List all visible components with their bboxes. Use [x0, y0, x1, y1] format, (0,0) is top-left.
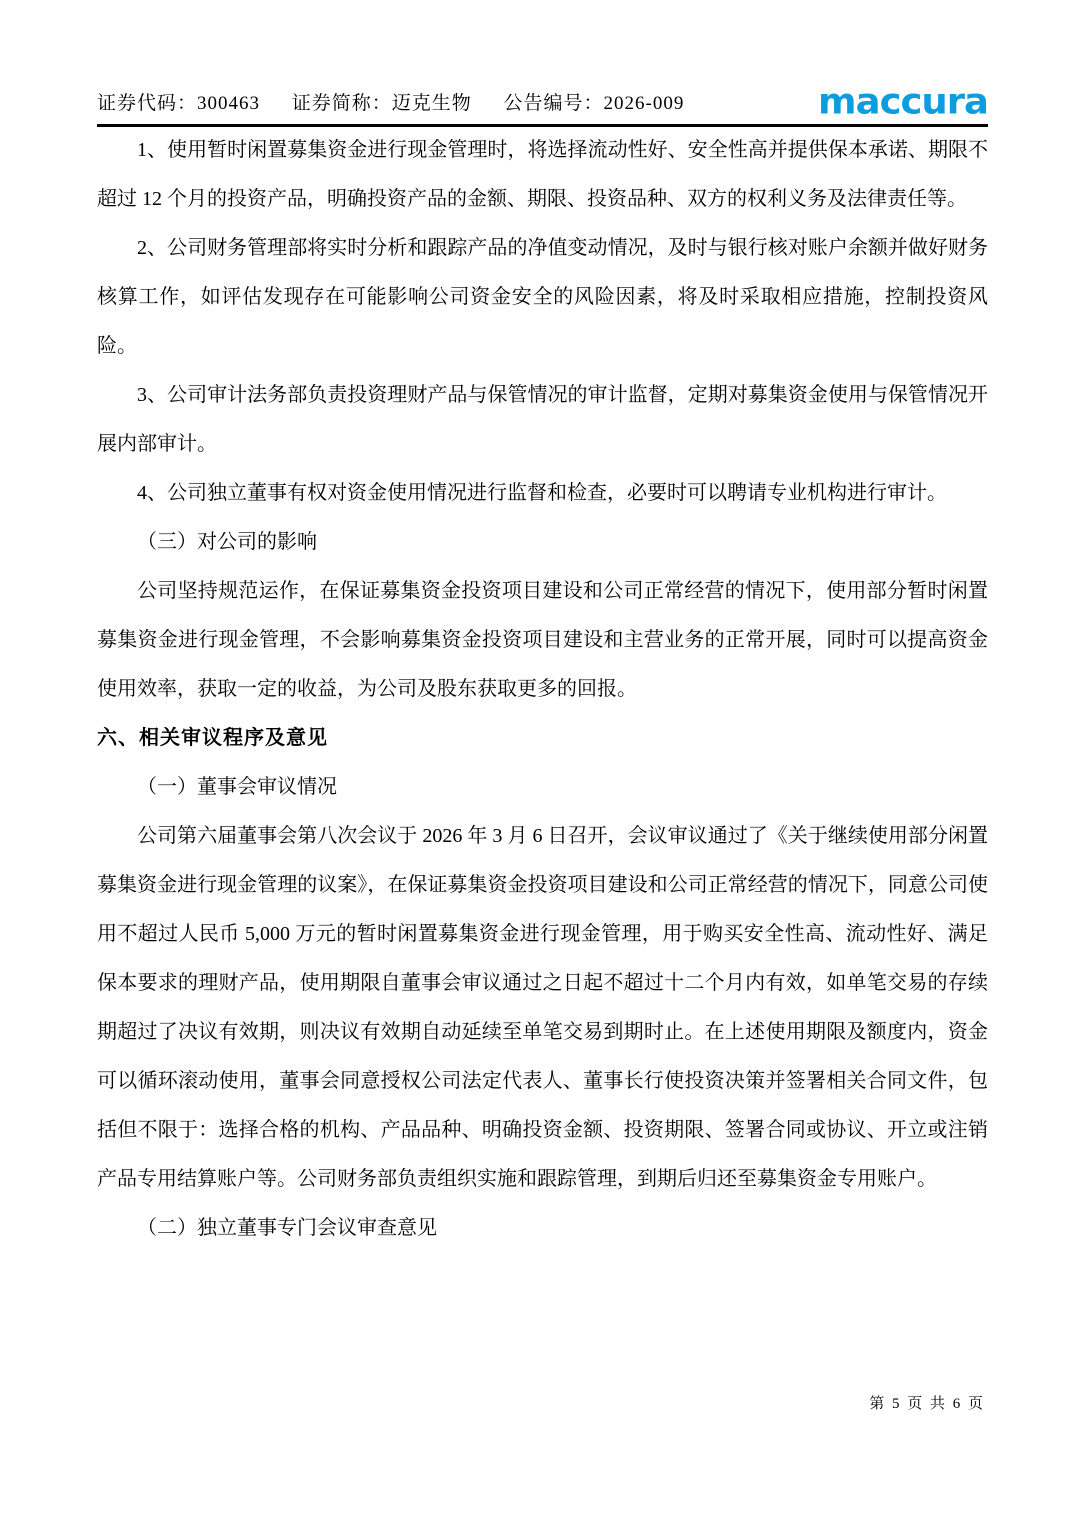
sub-heading-independent-directors-opinion: （二）独立董事专门会议审查意见: [97, 1204, 988, 1253]
document-page: 证券代码：300463 证券简称：迈克生物 公告编号：2026-009 macc…: [0, 0, 1080, 1527]
document-body: 1、使用暂时闲置募集资金进行现金管理时，将选择流动性好、安全性高并提供保本承诺、…: [97, 126, 988, 1253]
document-header: 证券代码：300463 证券简称：迈克生物 公告编号：2026-009 macc…: [97, 80, 988, 117]
paragraph-cash-mgmt-rule-2: 2、公司财务管理部将实时分析和跟踪产品的净值变动情况，及时与银行核对账户余额并做…: [97, 224, 988, 371]
stock-code: 证券代码：300463: [97, 93, 260, 114]
header-meta: 证券代码：300463 证券简称：迈克生物 公告编号：2026-009: [97, 88, 684, 117]
paragraph-impact-on-company: 公司坚持规范运作，在保证募集资金投资项目建设和公司正常经营的情况下，使用部分暂时…: [97, 567, 988, 714]
sub-heading-board-review: （一）董事会审议情况: [97, 763, 988, 812]
page-number: 第 5 页 共 6 页: [869, 1392, 985, 1413]
maccura-logo: maccura: [818, 84, 988, 119]
paragraph-cash-mgmt-rule-1: 1、使用暂时闲置募集资金进行现金管理时，将选择流动性好、安全性高并提供保本承诺、…: [97, 126, 988, 224]
paragraph-board-resolution: 公司第六届董事会第八次会议于 2026 年 3 月 6 日召开，会议审议通过了《…: [97, 812, 988, 1204]
sub-heading-impact-on-company: （三）对公司的影响: [97, 518, 988, 567]
section-heading-review-procedures: 六、相关审议程序及意见: [97, 714, 988, 763]
stock-short-name: 证券简称：迈克生物: [292, 93, 472, 114]
paragraph-cash-mgmt-rule-4: 4、公司独立董事有权对资金使用情况进行监督和检查，必要时可以聘请专业机构进行审计…: [97, 469, 988, 518]
paragraph-cash-mgmt-rule-3: 3、公司审计法务部负责投资理财产品与保管情况的审计监督，定期对募集资金使用与保管…: [97, 371, 988, 469]
announcement-number: 公告编号：2026-009: [504, 93, 685, 114]
